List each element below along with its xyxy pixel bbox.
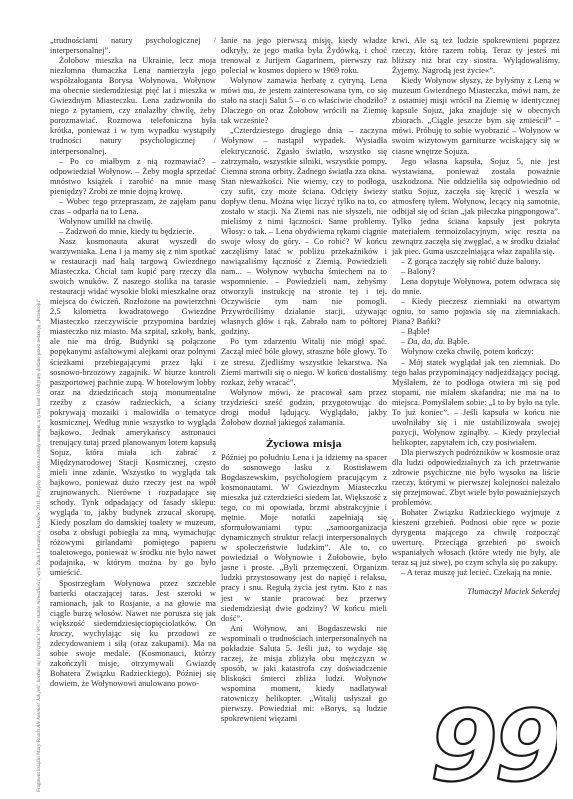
paragraph: łanie na jego pierwszą misję, kiedy wład… bbox=[221, 36, 387, 76]
article-column-3: krwi. Ale są też ludzie spokrewnieni pop… bbox=[392, 36, 560, 597]
footnote-text-end: , wyd. Znak Literanova, Kraków 2011. Prz… bbox=[36, 298, 42, 580]
paragraph: – Zadzwoń do mnie, kiedy tu będziecie. bbox=[50, 227, 216, 237]
paragraph: – Kiedy pieczesz ziemniaki na otwartym o… bbox=[392, 297, 560, 327]
paragraph: – Da, da, da. Bąble. bbox=[392, 337, 560, 347]
article-column-2: łanie na jego pierwszą misję, kiedy wład… bbox=[221, 36, 387, 724]
paragraph: „trudnościami natury psychologicznej / i… bbox=[50, 36, 216, 56]
paragraph: Bohater Związku Radzieckiego wyjmuje z k… bbox=[392, 508, 560, 568]
paragraph: Po tym zdarzeniu Witalij nie mógł spać. … bbox=[221, 337, 387, 387]
paragraph: Ani Wołynow, ani Bogdaszewski nie wspomi… bbox=[221, 624, 387, 724]
paragraph-text: , wychylając się ku przodowi ze zdecydow… bbox=[50, 629, 216, 688]
paragraph: – Bąble! bbox=[392, 327, 560, 337]
footnote-text: Fragment książki Mary Roach bbox=[36, 728, 42, 792]
article-column-1: „trudnościami natury psychologicznej / i… bbox=[50, 36, 216, 689]
paragraph: Później po południu Lena i ja idziemy na… bbox=[221, 453, 387, 624]
paragraph: Żołobow mieszka na Ukrainie, lecz moja n… bbox=[50, 56, 216, 156]
emphasis: – Da, da, da. bbox=[401, 337, 445, 346]
paragraph: „Czterdziestego drugiego dnia – zaczyna … bbox=[221, 126, 387, 337]
source-footnote-vertical: Fragment książki Mary Roach Ale kosmos! … bbox=[33, 162, 45, 792]
paragraph: Dla pierwszych podróżników w kosmosie or… bbox=[392, 448, 560, 508]
paragraph: – Balony? bbox=[392, 267, 560, 277]
paragraph: Wołynow zamawia herbatę z cytryną. Lena … bbox=[221, 76, 387, 126]
paragraph: Wołynow czeka chwilę, potem kończy: bbox=[392, 347, 560, 357]
emphasis: kroczy bbox=[50, 629, 72, 638]
paragraph: Nasz kosmonauta akurat wyszedł do warzyw… bbox=[50, 237, 216, 579]
section-subheading: Życiowa misja bbox=[221, 440, 387, 450]
paragraph: – Mój statek wyglądał jak ten ziemniak. … bbox=[392, 358, 560, 448]
paragraph-text: Bąble. bbox=[445, 337, 469, 346]
paragraph: Spostrzegłam Wołynowa przez szczeble bar… bbox=[50, 579, 216, 690]
paragraph: Kiedy Wołynow słyszy, że byłyśmy z Leną … bbox=[392, 76, 560, 156]
paragraph: Wołynow umilkł na chwilę. bbox=[50, 217, 216, 227]
translator-credit: Tłumaczył Maciek Sekerdej bbox=[392, 587, 560, 597]
paragraph: – Z gorąca zaczęły się robić duże balony… bbox=[392, 257, 560, 267]
paragraph-text: Spostrzegłam Wołynowa przez szczeble bar… bbox=[50, 579, 216, 628]
paragraph: Wołynow mówi, że pracował sam przez trzy… bbox=[221, 388, 387, 428]
book-title: Ale kosmos! Jak jeść, kochać się i korzy… bbox=[36, 579, 42, 727]
page-number-text: 99 bbox=[432, 700, 557, 785]
paragraph: – Po co miałbym z nią rozmawiać? – odpow… bbox=[50, 157, 216, 197]
paragraph: Lena dopytuje Wołynowa, potem odwraca si… bbox=[392, 277, 560, 297]
paragraph: – A teraz muszę już lecieć. Czekają na m… bbox=[392, 568, 560, 578]
paragraph: – Wobec tego przepraszam, że zajęłam pan… bbox=[50, 197, 216, 217]
paragraph: krwi. Ale są też ludzie spokrewnieni pop… bbox=[392, 36, 560, 76]
paragraph: Jego własna kapsuła, Sojuz 5, nie jest w… bbox=[392, 157, 560, 257]
page-number: 99 bbox=[432, 700, 557, 785]
